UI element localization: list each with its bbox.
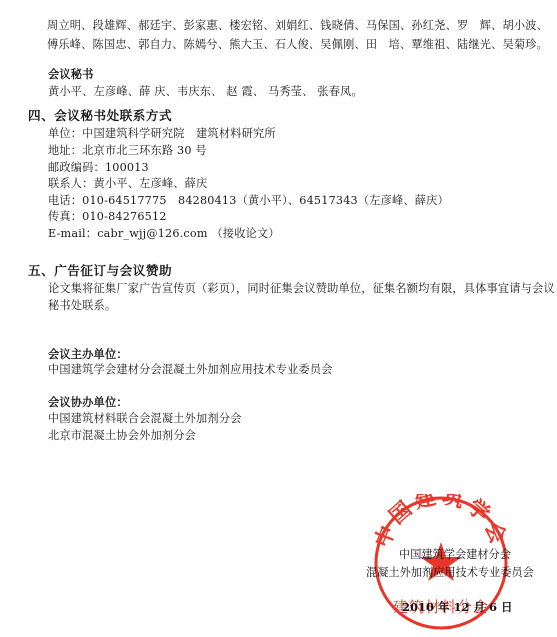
contact-email-row: E-mail：cabr_wjj@126.com （接收论文）: [48, 227, 280, 241]
section-4-heading: 四、会议秘书处联系方式: [28, 109, 172, 123]
contact-fax: 传真：010-84276512: [48, 210, 167, 224]
svg-text:中国建筑学会: 中国建筑学会: [372, 494, 510, 551]
email-label: E-mail：: [48, 227, 97, 240]
document-page: 周立明、段雄辉、郝廷宇、彭家惠、楼宏铭、刘娟红、钱晓倩、马保国、孙红尧、罗 辉、…: [0, 0, 557, 637]
contact-postcode: 邮政编码：100013: [48, 161, 149, 175]
contact-phone: 电话：010-64517775 84280413（黄小平）、64517343（左…: [48, 194, 449, 208]
signature-line-1: 中国建筑学会建材分会: [399, 548, 511, 562]
co-organizer-1: 中国建筑材料联合会混凝土外加剂分会: [48, 412, 242, 426]
committee-members-line-1: 周立明、段雄辉、郝廷宇、彭家惠、楼宏铭、刘娟红、钱晓倩、马保国、孙红尧、罗 辉、…: [47, 19, 548, 33]
signature-date: 2010 年 12 月 6 日: [402, 600, 513, 614]
host-label: 会议主办单位：: [48, 347, 128, 361]
host-organization: 中国建筑学会建材分会混凝土外加剂应用技术专业委员会: [48, 363, 333, 377]
signature-line-2: 混凝土外加剂应用技术专业委员会: [366, 566, 534, 580]
section-5-heading: 五、广告征订与会议赞助: [28, 264, 172, 278]
section-5-body-line-2: 秘书处联系。: [48, 299, 116, 313]
contact-address: 地址：北京市北三环东路 30 号: [48, 144, 207, 158]
contact-unit: 单位：中国建筑科学研究院 建筑材料研究所: [48, 127, 276, 141]
email-note: （接收论文）: [211, 227, 279, 240]
committee-members-line-2: 傅乐峰、陈国忠、郭自力、陈嫣兮、熊大玉、石人俊、吴佩刚、田 培、覃维祖、陆继光、…: [47, 38, 548, 52]
contact-persons: 联系人：黄小平、左彦峰、薛庆: [48, 177, 207, 191]
secretary-list: 黄小平、左彦峰、薛 庆、韦庆东、 赵 霞、 马秀莹、 张春凤。: [48, 85, 363, 99]
secretary-title: 会议秘书: [48, 67, 94, 81]
co-organizer-2: 北京市混凝土协会外加剂分会: [48, 429, 196, 443]
co-organizer-label: 会议协办单位：: [48, 395, 128, 409]
email-link[interactable]: cabr_wjj@126.com: [97, 227, 207, 240]
section-5-body-line-1: 论文集将征集厂家广告宣传页（彩页），同时征集会议赞助单位，征集名额均有限，具体事…: [48, 282, 555, 296]
